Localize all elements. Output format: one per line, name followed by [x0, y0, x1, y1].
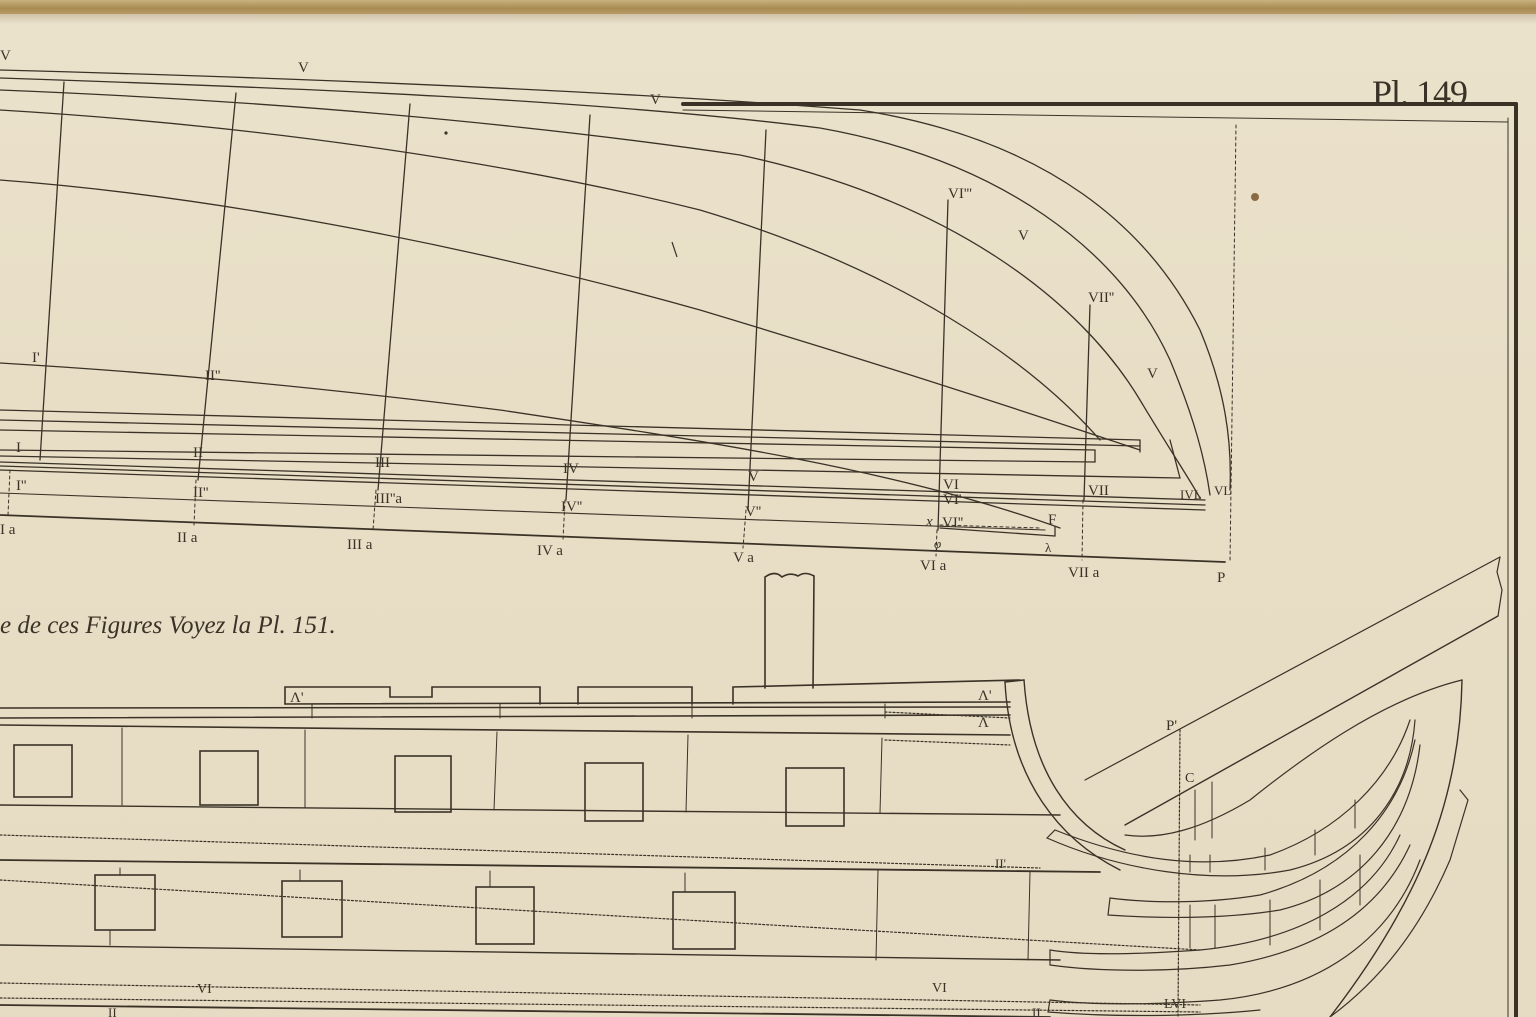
station-label-vi-double: VI'': [942, 515, 964, 531]
label-lambda-prime-left: Λ': [290, 690, 304, 706]
ink-dot: [444, 131, 447, 134]
station-label-iv: IV: [563, 461, 579, 477]
label-ii-double: II'': [205, 368, 221, 384]
base-label-p: P: [1217, 570, 1225, 586]
label-vi-left: VI: [197, 982, 212, 997]
station-label-vii: VII: [1088, 483, 1109, 499]
engraving-drawing: V V V VI''' V VII'' V I' II'' I II III I…: [0, 0, 1536, 1017]
label-i-prime: I': [32, 350, 40, 366]
base-label-v-a: V a: [733, 550, 754, 566]
station-label-vl: VL: [1214, 483, 1231, 498]
base-label-iii-a: III a: [347, 537, 373, 553]
base-label-vii-a: VII a: [1068, 565, 1100, 581]
label-c: C: [1185, 771, 1194, 786]
label-ii-bottom-right: II: [1032, 1005, 1041, 1017]
label-top-v1: V: [298, 60, 309, 76]
station-label-vi-prime: VI': [943, 492, 962, 508]
ink-mark: [672, 242, 677, 257]
station-label-vi: VI: [943, 477, 959, 493]
base-label-ii-a: II a: [177, 530, 198, 546]
label-v-b: V: [1147, 366, 1158, 382]
lower-figure-labels: Λ' Λ' Λ P' C II' VI VI LVI II II: [108, 688, 1194, 1017]
label-lvi: LVI: [1164, 997, 1186, 1012]
label-vii-double: VII'': [1088, 290, 1115, 306]
label-f: F: [1048, 512, 1056, 528]
label-lambda: λ: [1045, 540, 1052, 555]
label-vi-right: VI: [932, 981, 947, 996]
plate-border: [683, 104, 1516, 1017]
station-label-i: I: [16, 440, 21, 456]
station-label-ivl: IVL: [1180, 487, 1202, 502]
label-top-v2: V: [650, 92, 661, 108]
station-label-v: V: [748, 469, 759, 485]
station-label-iv-double: IV'': [561, 499, 583, 515]
upper-lines-plan: [0, 70, 1230, 562]
label-ii-bottom-left: II: [108, 1005, 117, 1017]
label-ii-prime: II': [995, 856, 1006, 871]
station-label-ii: II: [193, 445, 203, 461]
label-lambda-right: Λ: [978, 715, 989, 731]
plate-number: Pl. 149: [1372, 72, 1467, 114]
base-label-vi-a: VI a: [920, 558, 947, 574]
label-vi-triple: VI''': [948, 186, 972, 202]
station-label-iii: III: [375, 455, 390, 471]
station-label-iii-double-a: III''a: [375, 491, 402, 507]
station-label-i-double: I'': [16, 478, 27, 494]
label-p-prime: P': [1166, 718, 1177, 734]
label-v-a: V: [1018, 228, 1029, 244]
base-label-i-a: I a: [0, 522, 16, 538]
figure-caption: e de ces Figures Voyez la Pl. 151.: [0, 612, 336, 640]
label-phi: φ: [934, 536, 941, 551]
base-label-iv-a: IV a: [537, 543, 563, 559]
station-label-ii-double: II'': [193, 485, 209, 501]
label-lambda-prime-right: Λ': [978, 688, 992, 704]
foxing-spot: [1251, 193, 1259, 201]
label-top-v-left: V: [0, 48, 11, 64]
station-label-v-double: V'': [745, 504, 762, 520]
label-x: x: [925, 514, 933, 530]
